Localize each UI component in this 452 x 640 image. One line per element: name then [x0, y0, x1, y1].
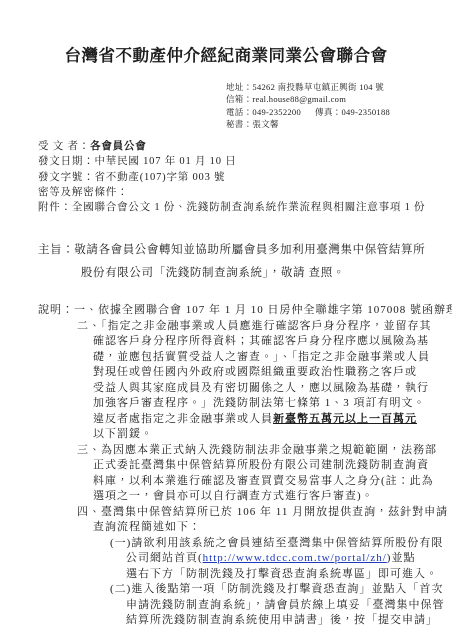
security-label: 密等及解密條件：	[38, 187, 128, 198]
description-block: 說明：一、依據全國聯合會 107 年 1 月 10 日房仲全聯雄字第 10700…	[38, 303, 452, 629]
line-text: 違反者處指定之非金融事業或人員	[93, 413, 273, 425]
secretary-value: 張文馨	[252, 119, 278, 129]
description-line: 選右下方「防制洗錢及打擊資恐查詢系統專區」即可進入。	[126, 567, 452, 583]
description-line: 對現任或曾任國內外政府或國際組織重要政治性職務之客戶或	[93, 365, 452, 381]
description-line: 礎，並應包括實質受益人之審查。」、「指定之非金融事業或人員	[93, 350, 452, 366]
line-text: 結算所洗錢防制查詢系統使用申請書」後，按「提交申請」	[126, 614, 438, 626]
line-text: 公司網站首頁(	[126, 552, 203, 564]
item-1-marker: 一、	[74, 304, 98, 316]
item-3-text: 為因應本業正式納入洗錢防制法非金融事業之規範範圍，法務部	[101, 444, 437, 456]
item-3-marker: 三、	[77, 444, 101, 456]
address-value: 54262 南投縣草屯鎮正興街 104 號	[252, 82, 384, 92]
recipient-value: 各會員公會	[90, 141, 147, 152]
penalty-emphasis: 新臺幣五萬元以上一百萬元	[273, 413, 417, 425]
subject-block: 主旨：敬請各會員公會轉知並協助所屬會員多加利用臺灣集中保管結算所 股份有限公司「…	[38, 239, 425, 285]
description-line: 料庫，以利本業進行確認及審查買賣交易當事人之身分(註：此為	[93, 474, 452, 490]
fax-label: 傳真：	[315, 107, 341, 117]
attachment-label: 附件：	[38, 202, 72, 213]
tdcc-website-link[interactable]: http://www.tdcc.com.tw/portal/zh/	[203, 552, 387, 564]
description-line-penalty: 違反者處指定之非金融事業或人員新臺幣五萬元以上一百萬元	[93, 412, 452, 428]
recipient-label: 受 文 者：	[38, 141, 90, 152]
email-value: real.house88@gmail.com	[252, 94, 346, 104]
description-line: 確認客戶身分程序所得資料；其確認客戶身分程序應以風險為基	[93, 334, 452, 350]
recipient-line: 受 文 者：各會員公會	[38, 139, 425, 154]
description-line: 申請洗錢防制查詢系統」，請會員於線上填妥「臺灣集中保管	[126, 598, 452, 614]
description-line: 四、臺灣集中保管結算所已於 106 年 11 月開放提供查詢，茲針對申請	[77, 505, 452, 521]
doc-number-label: 發文字號：	[38, 172, 95, 183]
attachment-value: 全國聯合會公文 1 份、洗錢防制查詢系統作業流程與相關注意事項 1 份	[72, 202, 426, 213]
subject-text-2: 股份有限公司「洗錢防制查詢系統」，敬請 查照。	[81, 267, 345, 279]
item-2-text: 「指定之非金融事業或人員應進行確認客戶身分程序，並留存其	[101, 320, 432, 332]
subject-label: 主旨：	[38, 244, 74, 256]
organization-title: 台灣省不動產仲介經紀商業同業公會聯合會	[0, 42, 452, 66]
description-label: 說明：	[38, 304, 74, 316]
line-text: 受益人與其家庭成員及有密切關係之人，應以風險為基礎，執行	[93, 382, 429, 394]
subject-text-1: 敬請各會員公會轉知並協助所屬會員多加利用臺灣集中保管結算所	[74, 244, 425, 256]
line-text: 礎，並應包括實質受益人之審查。」、「指定之非金融事業或人員	[93, 351, 430, 363]
item-1-text: 依據全國聯合會 107 年 1 月 10 日房仲全聯雄字第 107008 號函辦…	[98, 304, 452, 316]
email-label: 信箱：	[226, 94, 252, 104]
contact-email-line: 信箱：real.house88@gmail.com	[226, 93, 390, 105]
description-line-website: 公司網站首頁(http://www.tdcc.com.tw/portal/zh/…	[126, 551, 452, 567]
line-text: (二)進入後點第一項「防制洗錢及打擊資恐查詢」並點入「首次	[110, 583, 443, 595]
line-text: 對現任或曾任國內外政府或國際組織重要政治性職務之客戶或	[93, 366, 417, 378]
issue-date-label: 發文日期：	[38, 156, 95, 167]
contact-secretary-line: 秘書：張文馨	[226, 118, 390, 130]
description-line: 以下罰鍰。	[93, 427, 452, 443]
security-line: 密等及解密條件：	[38, 185, 425, 200]
subject-line-2: 股份有限公司「洗錢防制查詢系統」，敬請 查照。	[38, 262, 425, 285]
description-line: 說明：一、依據全國聯合會 107 年 1 月 10 日房仲全聯雄字第 10700…	[38, 303, 452, 319]
description-line: 三、為因應本業正式納入洗錢防制法非金融事業之規範範圍，法務部	[77, 443, 452, 459]
line-text: 選右下方「防制洗錢及打擊資恐查詢系統專區」即可進入。	[126, 568, 438, 580]
line-text: 料庫，以利本業進行確認及審查買賣交易當事人之身分(註：此為	[93, 475, 434, 487]
line-text: 查詢流程簡述如下：	[93, 521, 201, 533]
address-label: 地址：	[226, 82, 252, 92]
subject-line-1: 主旨：敬請各會員公會轉知並協助所屬會員多加利用臺灣集中保管結算所	[38, 239, 425, 262]
line-text: 選項之一，會員亦可以自行調查方式進行客戶審查)。	[93, 490, 374, 502]
description-line: 二、「指定之非金融事業或人員應進行確認客戶身分程序，並留存其	[77, 319, 452, 335]
description-line: 結算所洗錢防制查詢系統使用申請書」後，按「提交申請」	[126, 613, 452, 629]
description-line: 加強客戶審查程序。」洗錢防制法第七條第 1、3 項訂有明文。	[93, 396, 452, 412]
phone-value: 049-2352200	[252, 107, 301, 117]
document-meta-block: 受 文 者：各會員公會 發文日期：中華民國 107 年 01 月 10 日 發文…	[38, 139, 425, 215]
description-line: 選項之一，會員亦可以自行調查方式進行客戶審查)。	[93, 489, 452, 505]
line-text: 申請洗錢防制查詢系統」，請會員於線上填妥「臺灣集中保管	[126, 599, 445, 611]
phone-label: 電話：	[226, 107, 252, 117]
description-line: 查詢流程簡述如下：	[93, 520, 452, 536]
line-text: 以下罰鍰。	[93, 428, 153, 440]
description-line: 正式委託臺灣集中保管結算所股份有限公司建制洗錢防制查詢資	[93, 458, 452, 474]
item-4-marker: 四、	[77, 506, 101, 518]
item-2-marker: 二、	[77, 320, 101, 332]
issue-date-line: 發文日期：中華民國 107 年 01 月 10 日	[38, 154, 425, 169]
doc-number-line: 發文字號：省不動產(107)字第 003 號	[38, 170, 425, 185]
line-text: )並點	[387, 552, 416, 564]
item-4-text: 臺灣集中保管結算所已於 106 年 11 月開放提供查詢，茲針對申請	[101, 506, 448, 518]
contact-block: 地址：54262 南投縣草屯鎮正興街 104 號 信箱：real.house88…	[226, 81, 390, 131]
line-text: 正式委託臺灣集中保管結算所股份有限公司建制洗錢防制查詢資	[93, 459, 429, 471]
doc-number-value: 省不動產(107)字第 003 號	[95, 172, 226, 183]
contact-address-line: 地址：54262 南投縣草屯鎮正興街 104 號	[226, 81, 390, 93]
line-text: 確認客戶身分程序所得資料；其確認客戶身分程序應以風險為基	[93, 335, 429, 347]
official-letter-page: 台灣省不動產仲介經紀商業同業公會聯合會 地址：54262 南投縣草屯鎮正興街 1…	[0, 0, 452, 640]
description-line: 受益人與其家庭成員及有密切關係之人，應以風險為基礎，執行	[93, 381, 452, 397]
issue-date-value: 中華民國 107 年 01 月 10 日	[95, 156, 237, 167]
secretary-label: 秘書：	[226, 119, 252, 129]
attachment-line: 附件：全國聯合會公文 1 份、洗錢防制查詢系統作業流程與相關注意事項 1 份	[38, 200, 425, 215]
description-subitem-1: (一)請欲利用該系統之會員連結至臺灣集中保管結算所股份有限	[110, 536, 452, 552]
contact-phone-line: 電話：049-2352200傳真：049-2350188	[226, 106, 390, 118]
line-text: 加強客戶審查程序。」洗錢防制法第七條第 1、3 項訂有明文。	[93, 397, 426, 409]
description-subitem-2: (二)進入後點第一項「防制洗錢及打擊資恐查詢」並點入「首次	[110, 582, 452, 598]
fax-value: 049-2350188	[341, 107, 390, 117]
line-text: (一)請欲利用該系統之會員連結至臺灣集中保管結算所股份有限	[110, 537, 443, 549]
